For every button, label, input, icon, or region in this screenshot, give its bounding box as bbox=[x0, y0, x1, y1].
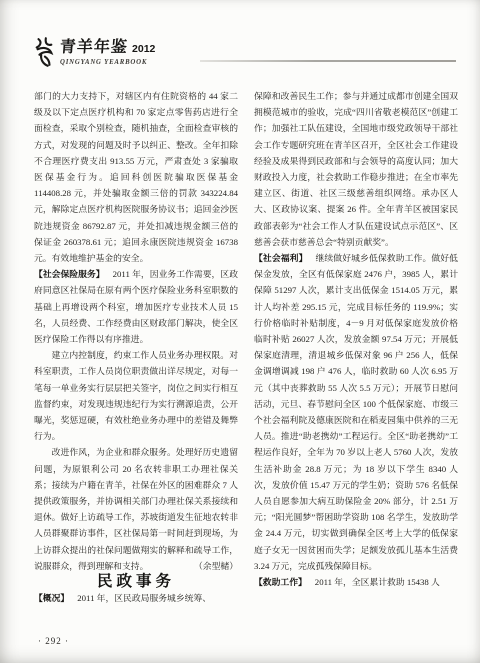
logo-text-block: 青羊年鉴 2012 QINGYANG YEARBOOK bbox=[60, 34, 155, 66]
left-column: 部门的大力支持下，对辖区内有住院资格的 44 家二级及以下定点医疗机构和 70 … bbox=[34, 88, 238, 607]
section-social-insurance: 【社会保险服务】2011 年，因业务工作需要，区政府同意区社保局在原有两个医疗保… bbox=[34, 266, 238, 347]
text-columns: 部门的大力支持下，对辖区内有住院资格的 44 家二级及以下定点医疗机构和 70 … bbox=[34, 88, 458, 607]
section-label: 【社会福利】 bbox=[254, 253, 307, 263]
author-byline: （余型槠） bbox=[176, 558, 238, 574]
section-label: 【社会保险服务】 bbox=[34, 269, 105, 279]
yearbook-year: 2012 bbox=[132, 43, 155, 55]
page-number: · 292 · bbox=[38, 636, 69, 646]
header-rule bbox=[200, 60, 456, 62]
paragraph-continued: 部门的大力支持下，对辖区内有住院资格的 44 家二级及以下定点医疗机构和 70 … bbox=[34, 88, 238, 266]
yearbook-title: 青羊年鉴 bbox=[59, 34, 129, 57]
section-label: 【概况】 bbox=[34, 593, 69, 603]
paragraph: 改进作风，为企业和群众服务。处理好历史遗留问题，为原银利公司 20 名农转非职工… bbox=[34, 444, 238, 574]
section-label: 【救助工作】 bbox=[254, 577, 307, 587]
paragraph-text: 改进作风，为企业和群众服务。处理好历史遗留问题，为原银利公司 20 名农转非职工… bbox=[34, 447, 238, 570]
section-relief-work: 【救助工作】2011 年，全区累计救助 15438 人 bbox=[254, 574, 458, 590]
section-text: 2011 年，全区累计救助 15438 人 bbox=[315, 577, 440, 587]
section-text: 2011 年，因业务工作需要，区政府同意区社保局在原有两个医疗保险业务科室职数的… bbox=[34, 269, 238, 344]
ram-calligraphy-icon bbox=[33, 36, 55, 73]
chapter-heading: 民政事务 bbox=[34, 574, 238, 590]
yearbook-logo: 青羊年鉴 2012 QINGYANG YEARBOOK bbox=[33, 34, 155, 73]
section-text: 继续做好城乡低保救助工作。做好低保金发放，全区有低保家庭 2476 户，3985… bbox=[254, 253, 458, 571]
logo-title-row: 青羊年鉴 2012 bbox=[60, 34, 155, 57]
section-overview: 【概况】2011 年，区民政局服务城乡统筹、 bbox=[34, 590, 238, 606]
section-text: 2011 年，区民政局服务城乡统筹、 bbox=[77, 593, 211, 603]
paragraph: 建立内控制度，约束工作人员业务办理权限。对科室职责，工作人员岗位职责做出详尽规定… bbox=[34, 347, 238, 444]
section-social-welfare: 【社会福利】继续做好城乡低保救助工作。做好低保金发放，全区有低保家庭 2476 … bbox=[254, 250, 458, 574]
paragraph-continued: 保障和改善民生工作；参与并通过成都市创建全国双拥模范城市的验收，完成“四川省敬老… bbox=[254, 88, 458, 250]
yearbook-page: 青羊年鉴 2012 QINGYANG YEARBOOK 部门的大力支持下，对辖区… bbox=[0, 0, 480, 663]
right-column: 保障和改善民生工作；参与并通过成都市创建全国双拥模范城市的验收，完成“四川省敬老… bbox=[254, 88, 458, 607]
yearbook-subtitle: QINGYANG YEARBOOK bbox=[60, 59, 155, 66]
